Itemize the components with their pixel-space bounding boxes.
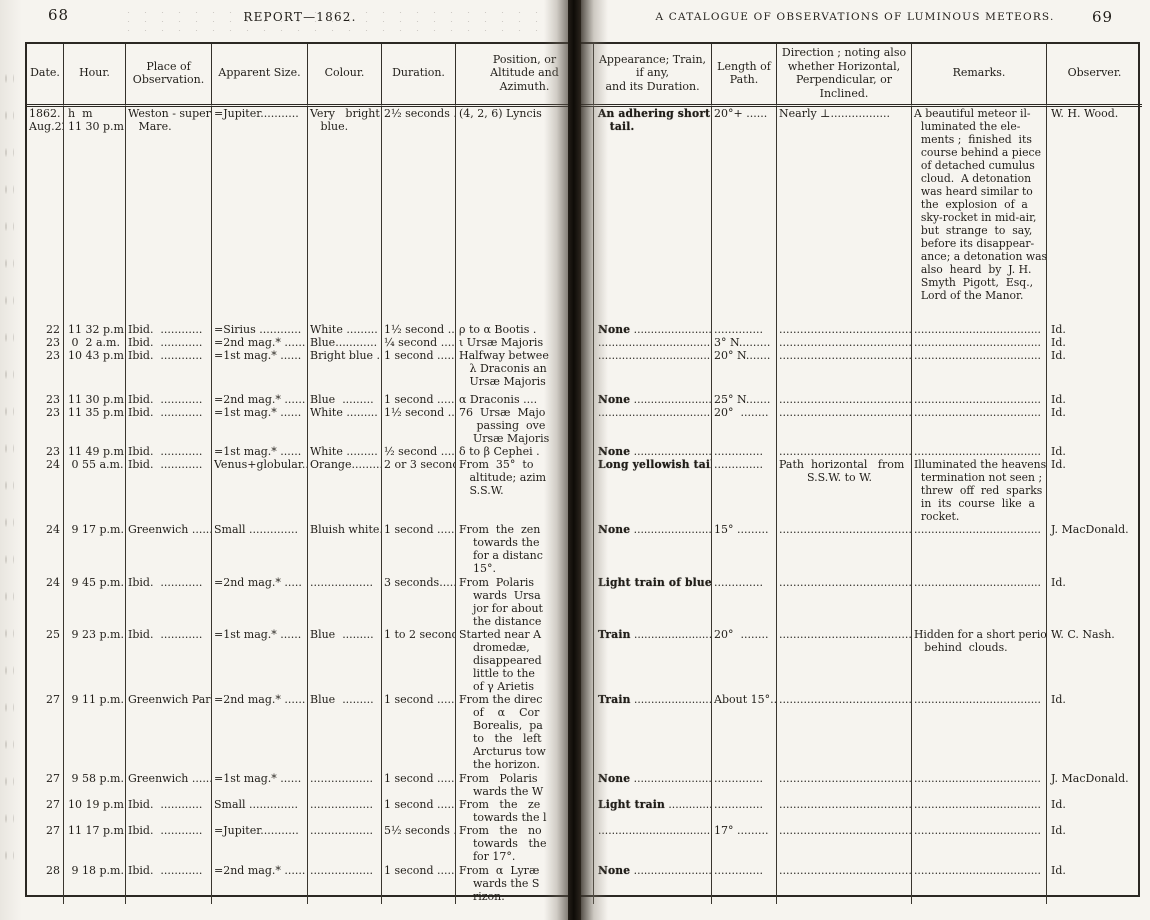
cell-size: =1st mag.* ...... <box>212 445 308 458</box>
appearance-dots: ........................ <box>631 628 712 641</box>
cell-direction: ...................................... <box>777 323 912 336</box>
cell-colour: Bluish white.. <box>308 523 382 576</box>
cell-remarks: ..................................... <box>912 336 1047 349</box>
cell-direction: ...................................... <box>777 798 912 824</box>
cell-size: =1st mag.* ...... <box>212 628 308 693</box>
cell-remarks: ..................................... <box>912 824 1047 864</box>
cell-direction: ...................................... <box>777 349 912 393</box>
cell-observer: Id. <box>1047 393 1142 406</box>
cell-appearance: Light train ............... <box>594 798 712 824</box>
cell-duration: 1 second ...... <box>382 523 456 576</box>
cell-hour: 9 45 p.m. <box>64 576 126 628</box>
cell-duration: 1 to 2 seconds <box>382 628 456 693</box>
cell-duration: 1½ second ... <box>382 406 456 445</box>
cell-appearance: Train ........................ <box>594 628 712 693</box>
cell-appearance: Train ........................ <box>594 693 712 772</box>
cell-remarks: ..................................... <box>912 693 1047 772</box>
cell-observer: J. MacDonald. <box>1047 772 1142 798</box>
cell-colour: .................. <box>308 772 382 798</box>
cell-duration: 1½ second ... <box>382 323 456 336</box>
cell-observer: J. MacDonald. <box>1047 523 1142 576</box>
cell-place: Ibid. ............ <box>126 406 212 445</box>
cell-length: .............. <box>712 445 777 458</box>
cell-length: .............. <box>712 772 777 798</box>
cell-place: Ibid. ............ <box>126 323 212 336</box>
header-date: Date. <box>27 44 64 107</box>
cell-size: =Jupiter........... <box>212 107 308 323</box>
header-apparent-size: Apparent Size. <box>212 44 308 107</box>
cell-length: 20° ........ <box>712 406 777 445</box>
cell-duration: 1 second ...... <box>382 798 456 824</box>
cell-size: =2nd mag.* ...... <box>212 336 308 349</box>
cell-duration: 1 second ...... <box>382 393 456 406</box>
cell-duration: 5½ seconds ... <box>382 824 456 864</box>
cell-duration: 1 second ...... <box>382 349 456 393</box>
cell-duration: 3 seconds...... <box>382 576 456 628</box>
cell-colour: .................. <box>308 824 382 864</box>
cell-observer: Id. <box>1047 576 1142 628</box>
appearance-dots: ................................. <box>598 336 710 349</box>
cell-appearance: ................................. <box>594 406 712 445</box>
cell-colour: Blue ......... <box>308 693 382 772</box>
cell-appearance: An adhering short white tail. <box>594 107 712 323</box>
appearance-dots: ............... <box>665 798 712 811</box>
cell-duration: 1 second ...... <box>382 772 456 798</box>
cell-duration: 2½ seconds ... <box>382 107 456 323</box>
cell-colour: Orange......... <box>308 458 382 523</box>
cell-place: Greenwich ...... <box>126 772 212 798</box>
cell-direction: ...................................... <box>777 772 912 798</box>
appearance-lead: Light train of blue sparks. <box>598 576 712 589</box>
header-colour: Colour. <box>308 44 382 107</box>
cell-date: 27 <box>27 824 64 864</box>
cell-hour: 11 35 p.m. <box>64 406 126 445</box>
cell-length: 25° N....... <box>712 393 777 406</box>
cell-observer: W. H. Wood. <box>1047 107 1142 323</box>
cell-remarks: ..................................... <box>912 864 1047 904</box>
cell-size: Small .............. <box>212 798 308 824</box>
cell-place: Ibid. ............ <box>126 628 212 693</box>
cell-place: Ibid. ............ <box>126 458 212 523</box>
cell-date: 23 <box>27 393 64 406</box>
cell-remarks: Hidden for a short period behind clouds. <box>912 628 1047 693</box>
cell-length: 3° N......... <box>712 336 777 349</box>
cell-place: Ibid. ............ <box>126 393 212 406</box>
cell-remarks: ..................................... <box>912 576 1047 628</box>
cell-place: Ibid. ............ <box>126 864 212 904</box>
cell-colour: Very bright blue. <box>308 107 382 323</box>
cell-date: 24 <box>27 458 64 523</box>
cell-duration: 2 or 3 seconds <box>382 458 456 523</box>
cell-hour: h m 11 30 p.m. <box>64 107 126 323</box>
cell-appearance: None ........................ <box>594 864 712 904</box>
cell-observer: W. C. Nash. <box>1047 628 1142 693</box>
cell-colour: Blue ......... <box>308 628 382 693</box>
cell-place: Ibid. ............ <box>126 349 212 393</box>
cell-hour: 11 32 p.m. <box>64 323 126 336</box>
cell-observer: Id. <box>1047 349 1142 393</box>
header-place: Place of Observation. <box>126 44 212 107</box>
cell-remarks: ..................................... <box>912 523 1047 576</box>
cell-colour: Blue............ <box>308 336 382 349</box>
appearance-dots: ................................. <box>598 824 710 837</box>
cell-length: 17° ......... <box>712 824 777 864</box>
cell-appearance: None ........................ <box>594 445 712 458</box>
cell-length: .............. <box>712 798 777 824</box>
cell-duration: 1 second ...... <box>382 693 456 772</box>
right-page-number: 69 <box>1092 8 1113 26</box>
scan-noise-left <box>2 60 14 860</box>
cell-observer: Id. <box>1047 336 1142 349</box>
cell-size: =2nd mag.* ...... <box>212 864 308 904</box>
cell-direction: ...................................... <box>777 393 912 406</box>
cell-direction: ...................................... <box>777 576 912 628</box>
header-direction: Direction ; noting also whether Horizont… <box>777 44 912 107</box>
cell-date: 1862. Aug.22 <box>27 107 64 323</box>
appearance-dots: ................................. <box>598 406 710 419</box>
cell-length: .............. <box>712 576 777 628</box>
cell-colour: White ......... <box>308 445 382 458</box>
cell-length: .............. <box>712 864 777 904</box>
cell-direction: Nearly ⊥................. <box>777 107 912 323</box>
cell-date: 22 <box>27 323 64 336</box>
cell-date: 28 <box>27 864 64 904</box>
cell-hour: 9 23 p.m. <box>64 628 126 693</box>
cell-date: 25 <box>27 628 64 693</box>
cell-size: =2nd mag.* ...... <box>212 693 308 772</box>
cell-place: Ibid. ............ <box>126 445 212 458</box>
header-remarks: Remarks. <box>912 44 1047 107</box>
appearance-dots: ........................ <box>630 523 712 536</box>
cell-hour: 10 43 p.m. <box>64 349 126 393</box>
cell-date: 23 <box>27 406 64 445</box>
cell-place: Ibid. ............ <box>126 798 212 824</box>
cell-direction: ...................................... <box>777 824 912 864</box>
cell-remarks: Illuminated the heavens; termination not… <box>912 458 1047 523</box>
cell-hour: 9 58 p.m. <box>64 772 126 798</box>
cell-colour: White ......... <box>308 323 382 336</box>
cell-remarks: ..................................... <box>912 349 1047 393</box>
cell-remarks: ..................................... <box>912 393 1047 406</box>
cell-length: 20° N....... <box>712 349 777 393</box>
cell-length: .............. <box>712 323 777 336</box>
cell-observer: Id. <box>1047 798 1142 824</box>
header-length-of-path: Length of Path. <box>712 44 777 107</box>
cell-direction: ...................................... <box>777 693 912 772</box>
cell-observer: Id. <box>1047 864 1142 904</box>
cell-direction: Path horizontal from S.S.W. to W. <box>777 458 912 523</box>
cell-size: =Jupiter........... <box>212 824 308 864</box>
cell-colour: .................. <box>308 798 382 824</box>
cell-date: 23 <box>27 336 64 349</box>
appearance-dots: ........................ <box>630 323 712 336</box>
cell-duration: ½ second ...... <box>382 445 456 458</box>
cell-appearance: None ........................ <box>594 393 712 406</box>
cell-place: Ibid. ............ <box>126 576 212 628</box>
cell-appearance: Light train of blue sparks. <box>594 576 712 628</box>
cell-hour: 0 55 a.m. <box>64 458 126 523</box>
appearance-lead: An adhering short white tail. <box>598 107 712 133</box>
left-page-number: 68 <box>48 6 69 24</box>
cell-size: Venus+globular... <box>212 458 308 523</box>
cell-observer: Id. <box>1047 693 1142 772</box>
cell-appearance: ................................. <box>594 349 712 393</box>
cell-remarks: ..................................... <box>912 772 1047 798</box>
cell-hour: 9 17 p.m. <box>64 523 126 576</box>
cell-colour: Bright blue ... <box>308 349 382 393</box>
cell-duration: 1 second ...... <box>382 864 456 904</box>
cell-hour: 9 18 p.m. <box>64 864 126 904</box>
cell-size: Small .............. <box>212 523 308 576</box>
cell-size: =1st mag.* ...... <box>212 772 308 798</box>
cell-hour: 11 30 p.m. <box>64 393 126 406</box>
cell-direction: ...................................... <box>777 523 912 576</box>
cell-appearance: None ........................ <box>594 323 712 336</box>
cell-direction: ...................................... <box>777 406 912 445</box>
cell-date: 23 <box>27 349 64 393</box>
cell-size: =2nd mag.* ...... <box>212 393 308 406</box>
appearance-dots: ........................ <box>631 693 712 706</box>
cell-hour: 11 49 p.m. <box>64 445 126 458</box>
cell-colour: .................. <box>308 576 382 628</box>
appearance-dots: ........................ <box>630 864 712 877</box>
appearance-dots: ........................ <box>630 772 712 785</box>
cell-remarks: A beautiful meteor il- luminated the ele… <box>912 107 1047 323</box>
cell-observer: Id. <box>1047 824 1142 864</box>
cell-colour: .................. <box>308 864 382 904</box>
cell-appearance: None ........................ <box>594 523 712 576</box>
cell-direction: ...................................... <box>777 336 912 349</box>
header-duration: Duration. <box>382 44 456 107</box>
cell-date: 23 <box>27 445 64 458</box>
cell-size: =2nd mag.* ..... <box>212 576 308 628</box>
cell-colour: Blue ......... <box>308 393 382 406</box>
cell-hour: 0 2 a.m. <box>64 336 126 349</box>
cell-colour: White ......... <box>308 406 382 445</box>
cell-date: 24 <box>27 523 64 576</box>
cell-remarks: ..................................... <box>912 798 1047 824</box>
cell-date: 27 <box>27 772 64 798</box>
cell-hour: 10 19 p.m. <box>64 798 126 824</box>
cell-appearance: ................................. <box>594 336 712 349</box>
cell-length: 15° ......... <box>712 523 777 576</box>
left-running-title: REPORT—1862. <box>150 10 450 24</box>
cell-direction: ...................................... <box>777 864 912 904</box>
header-observer: Observer. <box>1047 44 1142 107</box>
appearance-dots: ........................ <box>630 445 712 458</box>
cell-size: =1st mag.* ...... <box>212 349 308 393</box>
cell-date: 27 <box>27 693 64 772</box>
cell-direction: ...................................... <box>777 628 912 693</box>
cell-observer: Id. <box>1047 445 1142 458</box>
book-binding-line <box>568 0 581 920</box>
appearance-lead: Light train <box>598 798 665 811</box>
cell-place: Greenwich ...... <box>126 523 212 576</box>
cell-duration: ¼ second ...... <box>382 336 456 349</box>
cell-remarks: ..................................... <box>912 406 1047 445</box>
cell-length: About 15°... <box>712 693 777 772</box>
cell-hour: 11 17 p.m. <box>64 824 126 864</box>
cell-remarks: ..................................... <box>912 445 1047 458</box>
cell-date: 27 <box>27 798 64 824</box>
appearance-dots: ................................. <box>598 349 710 362</box>
cell-size: =Sirius ............ <box>212 323 308 336</box>
cell-place: Greenwich Park <box>126 693 212 772</box>
header-hour: Hour. <box>64 44 126 107</box>
scanned-book-spread: { "page": { "left_number": "68", "left_r… <box>0 0 1150 920</box>
cell-observer: Id. <box>1047 323 1142 336</box>
cell-place: Weston - super - Mare. <box>126 107 212 323</box>
right-running-title: A CATALOGUE OF OBSERVATIONS OF LUMINOUS … <box>615 11 1095 23</box>
cell-date: 24 <box>27 576 64 628</box>
cell-hour: 9 11 p.m. <box>64 693 126 772</box>
cell-observer: Id. <box>1047 406 1142 445</box>
header-appearance: Appearance; Train, if any, and its Durat… <box>594 44 712 107</box>
cell-appearance: Long yellowish tail, 4 secs. <box>594 458 712 523</box>
cell-place: Ibid. ............ <box>126 824 212 864</box>
cell-remarks: ..................................... <box>912 323 1047 336</box>
cell-size: =1st mag.* ...... <box>212 406 308 445</box>
cell-observer: Id. <box>1047 458 1142 523</box>
cell-appearance: None ........................ <box>594 772 712 798</box>
cell-length: 20°+ ...... <box>712 107 777 323</box>
cell-place: Ibid. ............ <box>126 336 212 349</box>
cell-length: 20° ........ <box>712 628 777 693</box>
cell-direction: ...................................... <box>777 445 912 458</box>
appearance-lead: Long yellowish tail, 4 secs. <box>598 458 712 471</box>
cell-length: .............. <box>712 458 777 523</box>
appearance-dots: ........................ <box>630 393 712 406</box>
cell-appearance: ................................. <box>594 824 712 864</box>
